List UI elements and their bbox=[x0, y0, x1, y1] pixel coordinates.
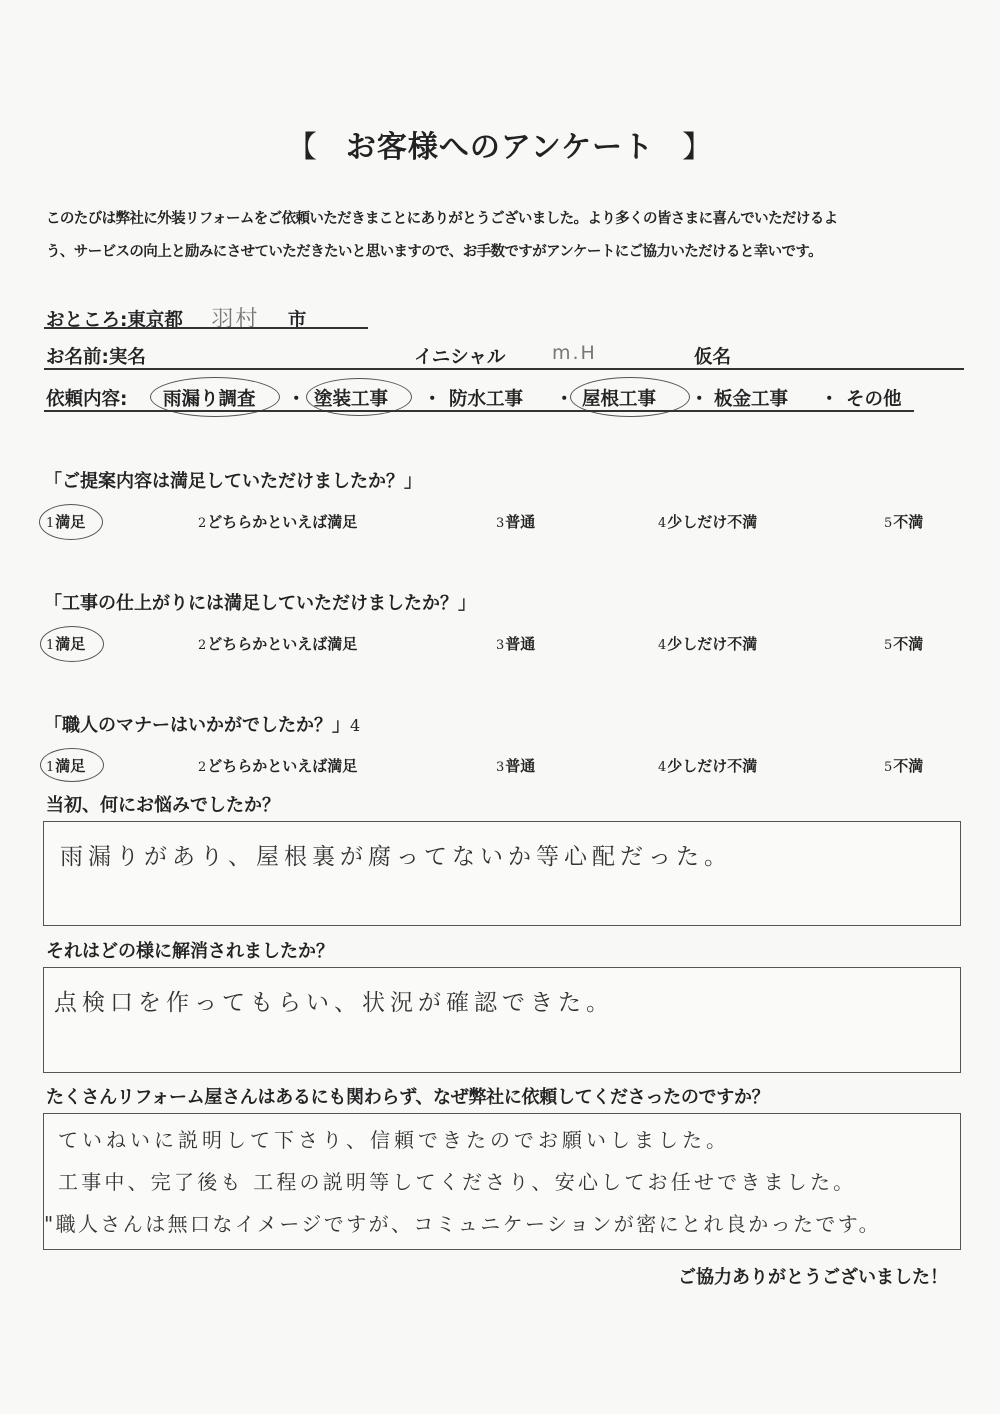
initial-label: イニシャル bbox=[414, 343, 505, 369]
q3-option-5[interactable]: 5不満 bbox=[884, 755, 923, 776]
option-label: 少しだけ不満 bbox=[667, 757, 757, 775]
option-number: 4 bbox=[658, 516, 666, 531]
question-1-text: 「ご提案内容は満足していただけましたか？」 bbox=[44, 471, 422, 492]
option-number: 4 bbox=[658, 760, 666, 775]
section-1-heading: 当初、何にお悩みでしたか？ bbox=[46, 791, 280, 817]
question-2: 「工事の仕上がりには満足していただけましたか？」 bbox=[44, 589, 476, 615]
q3-option-4[interactable]: 4少しだけ不満 bbox=[658, 755, 757, 776]
q1-option-4[interactable]: 4少しだけ不満 bbox=[658, 511, 757, 532]
request-separator: ・ bbox=[820, 385, 839, 411]
title-open-bracket: 【 bbox=[287, 130, 318, 165]
q3-option-2[interactable]: 2どちらかといえば満足 bbox=[198, 755, 357, 776]
option-number: 4 bbox=[658, 638, 666, 653]
request-item-waterproofing[interactable]: 防水工事 bbox=[449, 385, 523, 411]
question-3-text: 「職人のマナーはいかがでしたか？」 bbox=[44, 715, 350, 736]
selected-circle-mark bbox=[39, 504, 103, 540]
request-item-sheet-metal[interactable]: 板金工事 bbox=[714, 385, 788, 411]
initial-value[interactable]: m.H bbox=[552, 342, 597, 364]
option-number: 3 bbox=[496, 516, 504, 531]
option-number: 2 bbox=[198, 638, 206, 653]
request-separator: ・ bbox=[287, 385, 306, 411]
section-2-heading: それはどの様に解消されましたか？ bbox=[46, 937, 334, 963]
section-2-answer-line-1: 点検口を作ってもらい、状況が確認できた。 bbox=[54, 984, 614, 1017]
option-label: 普通 bbox=[505, 513, 535, 531]
option-label: 不満 bbox=[893, 635, 923, 653]
thank-you-message: ご協力ありがとうございました！ bbox=[678, 1263, 948, 1289]
section-3-answer-line-3: "職人さんは無口なイメージですが、コミュニケーションが密にとれ良かったです。 bbox=[44, 1208, 881, 1237]
option-label: 不満 bbox=[893, 757, 923, 775]
question-3: 「職人のマナーはいかがでしたか？」4 bbox=[44, 711, 360, 737]
section-3-answer-line-2: 工事中、完了後も 工程の説明等してくださり、安心してお任せできました。 bbox=[58, 1166, 856, 1195]
option-label: 少しだけ不満 bbox=[667, 635, 757, 653]
title-text: お客様へのアンケート bbox=[346, 130, 654, 165]
request-separator: ・ bbox=[423, 385, 442, 411]
section-3-answer-line-1: ていねいに説明して下さり、信頼できたのでお願いしました。 bbox=[58, 1124, 730, 1153]
q2-option-3[interactable]: 3普通 bbox=[496, 633, 535, 654]
option-label: 不満 bbox=[893, 513, 923, 531]
option-number: 3 bbox=[496, 760, 504, 775]
section-2-answer-box[interactable]: 点検口を作ってもらい、状況が確認できた。 bbox=[43, 967, 961, 1073]
q1-option-3[interactable]: 3普通 bbox=[496, 511, 535, 532]
section-3-heading: たくさんリフォーム屋さんはあるにも関わらず、なぜ弊社に依頼してくださったのですか… bbox=[46, 1083, 769, 1109]
option-label: どちらかといえば満足 bbox=[207, 635, 357, 653]
q1-option-5[interactable]: 5不満 bbox=[884, 511, 923, 532]
question-3-suffix: 4 bbox=[350, 716, 360, 735]
option-number: 5 bbox=[884, 638, 892, 653]
q2-option-5[interactable]: 5不満 bbox=[884, 633, 923, 654]
intro-line-2: う、サービスの向上と励みにさせていただきたいと思いますので、お手数ですがアンケー… bbox=[46, 236, 966, 269]
intro-line-1: このたびは弊社に外装リフォームをご依頼いただきまことにありがとうございました。よ… bbox=[46, 203, 966, 236]
section-1-answer-line-1: 雨漏りがあり、屋根裏が腐ってないか等心配だった。 bbox=[60, 838, 732, 871]
option-number: 5 bbox=[884, 760, 892, 775]
name-label: お名前:実名 bbox=[46, 343, 146, 369]
section-3-answer-box[interactable]: ていねいに説明して下さり、信頼できたのでお願いしました。 工事中、完了後も 工程… bbox=[43, 1113, 961, 1250]
survey-title: 【お客様へのアンケート】 bbox=[0, 122, 1000, 166]
option-label: 普通 bbox=[505, 757, 535, 775]
selected-circle-mark bbox=[40, 748, 104, 782]
pseudonym-label: 仮名 bbox=[694, 343, 731, 369]
q1-option-2[interactable]: 2どちらかといえば満足 bbox=[198, 511, 357, 532]
option-label: どちらかといえば満足 bbox=[207, 513, 357, 531]
name-underline bbox=[44, 368, 964, 370]
selected-circle-mark bbox=[40, 626, 104, 662]
intro-paragraph: このたびは弊社に外装リフォームをご依頼いただきまことにありがとうございました。よ… bbox=[46, 203, 966, 269]
request-label: 依頼内容: bbox=[46, 385, 127, 411]
option-number: 2 bbox=[198, 516, 206, 531]
option-number: 5 bbox=[884, 516, 892, 531]
option-label: 少しだけ不満 bbox=[667, 513, 757, 531]
q2-option-2[interactable]: 2どちらかといえば満足 bbox=[198, 633, 357, 654]
request-separator: ・ bbox=[690, 385, 709, 411]
request-underline bbox=[44, 410, 914, 412]
question-2-text: 「工事の仕上がりには満足していただけましたか？」 bbox=[44, 593, 476, 614]
section-1-answer-box[interactable]: 雨漏りがあり、屋根裏が腐ってないか等心配だった。 bbox=[43, 821, 961, 926]
option-label: 普通 bbox=[505, 635, 535, 653]
q2-option-4[interactable]: 4少しだけ不満 bbox=[658, 633, 757, 654]
title-close-bracket: 】 bbox=[682, 130, 713, 165]
option-label: どちらかといえば満足 bbox=[207, 757, 357, 775]
request-item-other[interactable]: その他 bbox=[846, 385, 902, 411]
option-number: 3 bbox=[496, 638, 504, 653]
q3-option-3[interactable]: 3普通 bbox=[496, 755, 535, 776]
option-number: 2 bbox=[198, 760, 206, 775]
question-1: 「ご提案内容は満足していただけましたか？」 bbox=[44, 467, 422, 493]
address-underline bbox=[44, 327, 368, 329]
